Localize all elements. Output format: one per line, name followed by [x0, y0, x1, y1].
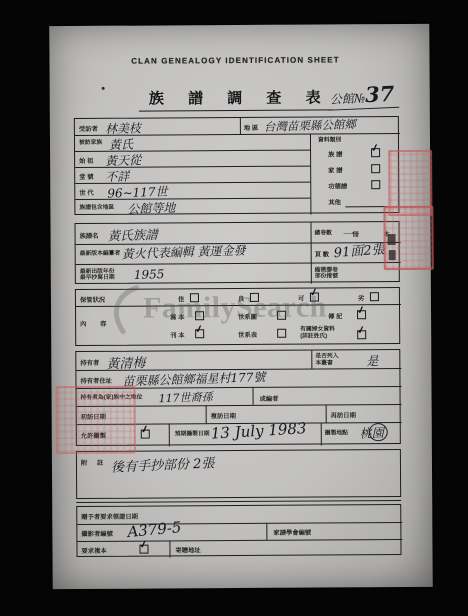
- contents-option-checkbox: [195, 311, 204, 320]
- filming-permission-checkbox: [141, 430, 150, 439]
- contents-option-checkbox: [195, 329, 204, 338]
- table-line: [311, 351, 312, 369]
- family-value: 黃氏: [109, 135, 134, 153]
- sheet-title-en: CLAN GENEALOGY IDENTIFICATION SHEET: [131, 55, 339, 65]
- dust-speck: [102, 87, 105, 90]
- interviewee-value: 林美枝: [105, 119, 142, 137]
- genealogy-title-label: 族譜名: [80, 231, 99, 240]
- third-visit-date-label: 再訪日期: [331, 410, 356, 419]
- condition-option-label: 可: [298, 294, 304, 303]
- contents-option-checkbox: [277, 311, 286, 320]
- notes-label: 附 註: [81, 458, 107, 467]
- table-line: [76, 304, 401, 307]
- category-option-label: 族 譜: [328, 149, 342, 158]
- listed-label-line2: 本叢書: [315, 360, 332, 366]
- women-data-label-line1: 有關婦女資料: [300, 326, 335, 333]
- edition-table: 族譜名 黃氏族譜 總卷數 一 冊 本 最新版本編纂者 黃火代表編輯 黃運金發 頁…: [74, 221, 399, 284]
- holder-name-label: 持有者: [80, 358, 99, 367]
- coverage-label: 族譜包含地區: [79, 205, 114, 212]
- holder-name-value: 黃清梅: [106, 352, 146, 372]
- region-value: 台灣苗栗縣公館鄉: [264, 116, 356, 135]
- table-line: [326, 404, 327, 422]
- filming-place-label: 攝製地點: [325, 430, 348, 436]
- interviewee-label: 受訪者: [79, 124, 98, 133]
- category-option-checkbox: [371, 148, 380, 157]
- photographer-number-label: 攝影者編號: [81, 529, 113, 538]
- pages-label: 頁 數: [315, 249, 329, 258]
- condition-option-label: 佳: [178, 294, 184, 303]
- category-option-label: 家 譜: [328, 165, 342, 174]
- seal-ink-mark: [388, 234, 396, 245]
- admin-table: 贈予者要求領證日期 攝影者編號 A379-5 家譜學會編號 要求複本 寄贈地址: [76, 504, 401, 557]
- photographer-number-value: A379-5: [127, 518, 183, 541]
- table-line: [206, 405, 207, 423]
- family-label: 被訪家族: [79, 140, 102, 146]
- condition-option-checkbox: [310, 293, 319, 302]
- listed-value: 是: [366, 352, 379, 369]
- pages-value: 91面2張: [333, 238, 385, 261]
- volumes-label: 總卷數: [315, 230, 332, 236]
- table-line: [240, 118, 241, 134]
- handwritten-ref-number: 37: [365, 81, 395, 107]
- table-line: [77, 539, 402, 542]
- generations-label: 世 代: [79, 188, 93, 197]
- red-seal-stamp: [383, 206, 433, 270]
- genealogy-title-value: 黃氏族譜: [107, 225, 158, 245]
- photo-background: CLAN GENEALOGY IDENTIFICATION SHEET 族 譜 …: [0, 0, 468, 616]
- year-label-line2: 最早抄寫日期: [80, 275, 115, 282]
- listed-label-line1: 是否列入: [315, 353, 338, 359]
- seal-ink-mark: [389, 250, 396, 260]
- year-value: 1955: [134, 267, 165, 282]
- basic-info-table: 受訪者 林美枝 地 區 台灣苗栗縣公館鄉 被訪家族 黃氏 始 祖 黃天從 堂 號…: [74, 116, 400, 215]
- paper-sheet: CLAN GENEALOGY IDENTIFICATION SHEET 族 譜 …: [49, 24, 432, 589]
- or-editor-label: 或編者: [260, 394, 279, 403]
- table-line: [310, 134, 312, 215]
- red-seal-stamp: [55, 386, 135, 454]
- circle-annotation: [369, 423, 388, 441]
- handwritten-ref-prefix: 公館№: [330, 91, 366, 106]
- condition-option-checkbox: [190, 293, 199, 302]
- second-visit-date-label: 複訪日期: [211, 411, 236, 420]
- coverage-value: 公館等地: [127, 199, 176, 218]
- expected-filming-date-label: 預期攝製日期: [175, 431, 210, 438]
- holder-position-value: 117世裔孫: [158, 388, 212, 406]
- holder-address-label: 持有者住址: [80, 376, 112, 385]
- category-option-checkbox: [371, 180, 380, 189]
- copy-request-checkbox: [139, 545, 148, 554]
- hall-label: 堂 號: [79, 172, 93, 181]
- contents-option-label: 寫 本: [170, 312, 184, 321]
- category-option-label: 功德譜: [328, 181, 347, 190]
- contents-option-checkbox: [357, 310, 366, 319]
- contents-option-label: 世系圖: [238, 312, 257, 321]
- copy-request-label: 要求複本: [81, 546, 106, 555]
- table-line: [169, 540, 170, 557]
- table-line: [321, 423, 322, 446]
- condition-option-label: 良: [238, 294, 244, 303]
- ancestor-label: 始 祖: [79, 156, 93, 165]
- table-line: [169, 423, 170, 446]
- microfilm-label-line2: 部份捲號: [315, 273, 338, 279]
- women-data-checkbox: [357, 330, 366, 339]
- table-line: [310, 223, 312, 284]
- form-title: 族 譜 調 查 表: [139, 86, 333, 111]
- contents-option-label: 世系表: [238, 330, 257, 339]
- condition-option-checkbox: [370, 292, 379, 301]
- mailing-address-label: 寄贈地址: [175, 545, 200, 554]
- condition-option-checkbox: [250, 293, 259, 302]
- table-line: [252, 387, 253, 405]
- handwritten-reference: 公館№37: [327, 81, 399, 111]
- category-option-checkbox: [371, 164, 380, 173]
- table-line: [266, 523, 267, 540]
- table-line: [76, 262, 401, 265]
- compiler-label: 最新版本編纂者: [80, 251, 121, 258]
- contents-label: 內 容: [80, 319, 112, 328]
- condition-label: 保管狀況: [80, 295, 105, 304]
- notes-table: 附 註 後有手抄部份 2張: [76, 449, 401, 499]
- condition-option-label: 劣: [358, 293, 364, 302]
- donor-request-date-label: 贈予者要求領證日期: [81, 512, 138, 521]
- condition-contents-table: 保管狀況 佳 良 可 劣 內 容 寫 本 世系圖 傳 記 刊 本 世系表 有關婦…: [75, 287, 400, 346]
- double-rule: [76, 500, 401, 503]
- hall-value: 不詳: [105, 167, 130, 185]
- contents-option-label: 刊 本: [170, 330, 184, 339]
- notes-value: 後有手抄部份 2張: [111, 452, 215, 475]
- category-title: 資料類別: [318, 137, 341, 143]
- category-other-blank: [345, 206, 387, 207]
- contents-option-label: 傳 記: [328, 311, 342, 320]
- region-label: 地 區: [244, 123, 258, 132]
- contents-option-checkbox: [277, 329, 286, 338]
- compiler-value: 黃火代表編輯 黃運金發: [121, 241, 245, 262]
- society-number-label: 家譜學會編號: [273, 528, 311, 537]
- category-other-label: 其他: [328, 197, 341, 206]
- volumes-unit: 冊: [353, 229, 359, 238]
- women-data-label-line2: (詳註姓氏): [300, 333, 327, 339]
